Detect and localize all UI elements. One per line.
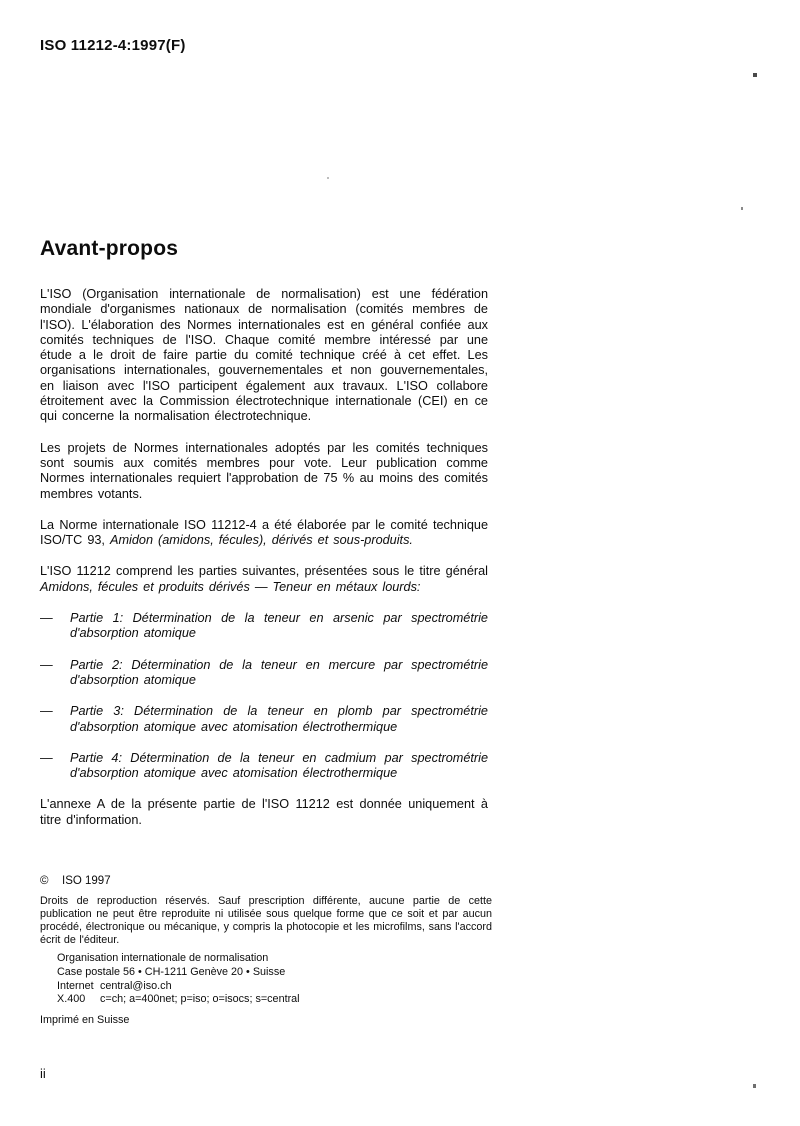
list-dash: — (40, 751, 70, 782)
list-item-text: Partie 2: Détermination de la teneur en … (70, 658, 488, 689)
foreword-paragraph-iso-description: L'ISO (Organisation internationale de no… (40, 287, 488, 425)
scan-artifact-dot (327, 177, 329, 179)
publisher-address: Organisation internationale de normalisa… (57, 952, 488, 1007)
committee-title-italic: Amidon (amidons, fécules), dérivés et so… (110, 533, 413, 547)
scan-artifact-dot (741, 207, 743, 210)
paragraph-text: L'ISO 11212 comprend les parties suivant… (40, 564, 488, 578)
list-item-text: Partie 3: Détermination de la teneur en … (70, 704, 488, 735)
list-item-part-1: — Partie 1: Détermination de la teneur e… (40, 611, 488, 642)
copyright-block: © ISO 1997 Droits de reproduction réserv… (40, 875, 488, 1027)
x400-address: c=ch; a=400net; p=iso; o=isocs; s=centra… (100, 993, 300, 1007)
internet-label: Internet (57, 980, 100, 994)
list-item-part-3: — Partie 3: Détermination de la teneur e… (40, 704, 488, 735)
list-item-text: Partie 1: Détermination de la teneur en … (70, 611, 488, 642)
copyright-line: © ISO 1997 (40, 875, 488, 888)
document-content-column: ISO 11212-4:1997(F) Avant-propos L'ISO (… (40, 0, 488, 1027)
list-item-part-2: — Partie 2: Détermination de la teneur e… (40, 658, 488, 689)
list-item-text: Partie 4: Détermination de la teneur en … (70, 751, 488, 782)
foreword-paragraph-annex-note: L'annexe A de la présente partie de l'IS… (40, 797, 488, 828)
copyright-icon: © (40, 875, 62, 888)
document-page: ISO 11212-4:1997(F) Avant-propos L'ISO (… (0, 0, 800, 1126)
scan-artifact-dot (753, 1084, 756, 1088)
scan-artifact-dot (753, 73, 757, 77)
series-title-italic: Amidons, fécules et produits dérivés — T… (40, 580, 420, 594)
reproduction-rights-notice: Droits de reproduction réservés. Sauf pr… (40, 895, 492, 947)
publisher-postal-address: Case postale 56 • CH-1211 Genève 20 • Su… (57, 966, 488, 980)
list-dash: — (40, 704, 70, 735)
x400-label: X.400 (57, 993, 100, 1007)
document-number: ISO 11212-4:1997(F) (40, 0, 488, 54)
publisher-name: Organisation internationale de normalisa… (57, 952, 488, 966)
foreword-title: Avant-propos (40, 237, 488, 261)
list-dash: — (40, 611, 70, 642)
copyright-year: ISO 1997 (62, 875, 111, 888)
x400-contact-row: X.400 c=ch; a=400net; p=iso; o=isocs; s=… (57, 993, 488, 1007)
page-number: ii (40, 1066, 46, 1081)
internet-contact-row: Internet central@iso.ch (57, 980, 488, 994)
internet-email: central@iso.ch (100, 980, 172, 994)
printed-in-note: Imprimé en Suisse (40, 1014, 488, 1027)
foreword-paragraph-voting: Les projets de Normes internationales ad… (40, 441, 488, 502)
list-dash: — (40, 658, 70, 689)
foreword-paragraph-parts-intro: L'ISO 11212 comprend les parties suivant… (40, 564, 488, 595)
list-item-part-4: — Partie 4: Détermination de la teneur e… (40, 751, 488, 782)
foreword-paragraph-committee: La Norme internationale ISO 11212-4 a ét… (40, 518, 488, 549)
